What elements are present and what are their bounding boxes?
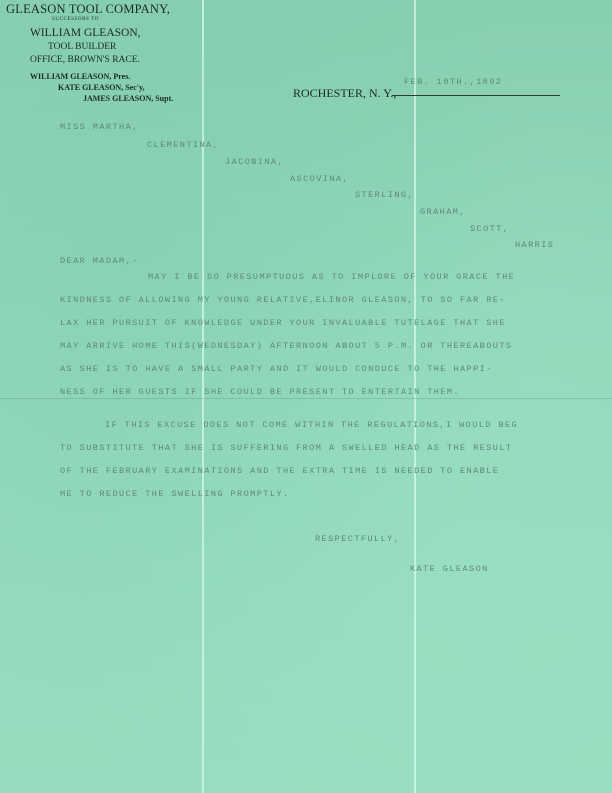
body-line: NESS OF HER GUESTS IF SHE COULD BE PRESE… [60, 387, 460, 397]
body-line: MAY ARRIVE HOME THIS(WEDNESDAY) AFTERNOO… [60, 341, 512, 351]
body-line: KINDNESS OF ALLOWING MY YOUNG RELATIVE,E… [60, 295, 506, 305]
body-line: ME TO REDUCE THE SWELLING PROMPTLY. [60, 489, 290, 499]
addressee: GRAHAM, [420, 207, 466, 217]
addressee: CLEMENTINA, [147, 140, 219, 150]
letterhead-office: OFFICE, BROWN'S RACE. [30, 55, 140, 65]
letterhead-officer: KATE GLEASON, Sec'y, [58, 83, 145, 92]
addressee: HARRIS [515, 240, 554, 250]
body-line: IF THIS EXCUSE DOES NOT COME WITHIN THE … [105, 420, 518, 430]
letterhead-officer: JAMES GLEASON, Supt. [83, 94, 173, 103]
letter-date: FEB. 10TH.,1892 [404, 77, 502, 87]
letterhead-trade: TOOL BUILDER [48, 42, 116, 52]
addressee: ASCOVINA, [290, 174, 349, 184]
fold-line [0, 398, 612, 399]
letterhead-company: GLEASON TOOL COMPANY, [6, 2, 170, 17]
date-underline [392, 95, 560, 96]
addressee: JACOBINA, [225, 157, 284, 167]
addressee: STERLING, [355, 190, 414, 200]
letter-place: ROCHESTER, N. Y., [293, 86, 396, 101]
body-line: TO SUBSTITUTE THAT SHE IS SUFFERING FROM… [60, 443, 512, 453]
letterhead-officer: WILLIAM GLEASON, Pres. [30, 72, 130, 81]
salutation: DEAR MADAM,- [60, 256, 139, 266]
body-line: OF THE FEBRUARY EXAMINATIONS AND THE EXT… [60, 466, 499, 476]
letterhead-successors: SUCCESSORS TO [52, 17, 99, 22]
body-line: MAY I BE SO PRESUMPTUOUS AS TO IMPLORE O… [148, 272, 515, 282]
signature: KATE GLEASON [410, 564, 489, 574]
body-line: LAX HER PURSUIT OF KNOWLEDGE UNDER YOUR … [60, 318, 506, 328]
letterhead-name: WILLIAM GLEASON, [30, 27, 141, 39]
addressee: MISS MARTHA, [60, 122, 139, 132]
closing: RESPECTFULLY, [315, 534, 400, 544]
body-line: AS SHE IS TO HAVE A SMALL PARTY AND IT W… [60, 364, 493, 374]
addressee: SCOTT, [470, 224, 509, 234]
